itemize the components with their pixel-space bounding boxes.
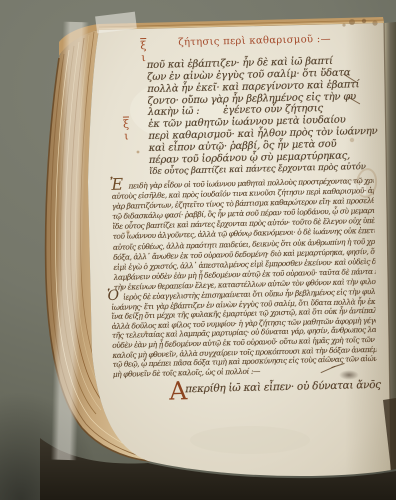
closing-verse-line: πεκρίθη ἰω̄ καὶ εἶπεν· οὐ δύναται ἄνο̄ς: [185, 379, 381, 395]
quire-mark-numeral: ι: [141, 52, 146, 64]
chapter-title-rubric: ζήτησις περὶ καθαρισμοῦ :—: [178, 34, 331, 48]
quire-mark-numeral: ι: [124, 130, 129, 142]
gospel-text-block: ποῦ καὶ ἐβάπτιζεν· ἦν δὲ καὶ ἰω̄ βαπτί ζ…: [147, 55, 368, 178]
commentary-block-a: πειδὴ γὰρ εἶδον οἱ τοῦ ἰωάννου μαθηταὶ π…: [111, 176, 375, 293]
quire-mark-2: ξ ι: [119, 118, 134, 142]
manuscript-photo: ξ ι ζήτησις περὶ καθαρισμοῦ :— ποῦ καὶ ἐ…: [0, 0, 396, 500]
commentary-block-b: ἱερὸς δὲ εὐαγγελιστὴς ἐπισημαίνεται ὅτι …: [111, 287, 377, 379]
page-text-layer: ξ ι ζήτησις περὶ καθαρισμοῦ :— ποῦ καὶ ἐ…: [0, 0, 396, 500]
